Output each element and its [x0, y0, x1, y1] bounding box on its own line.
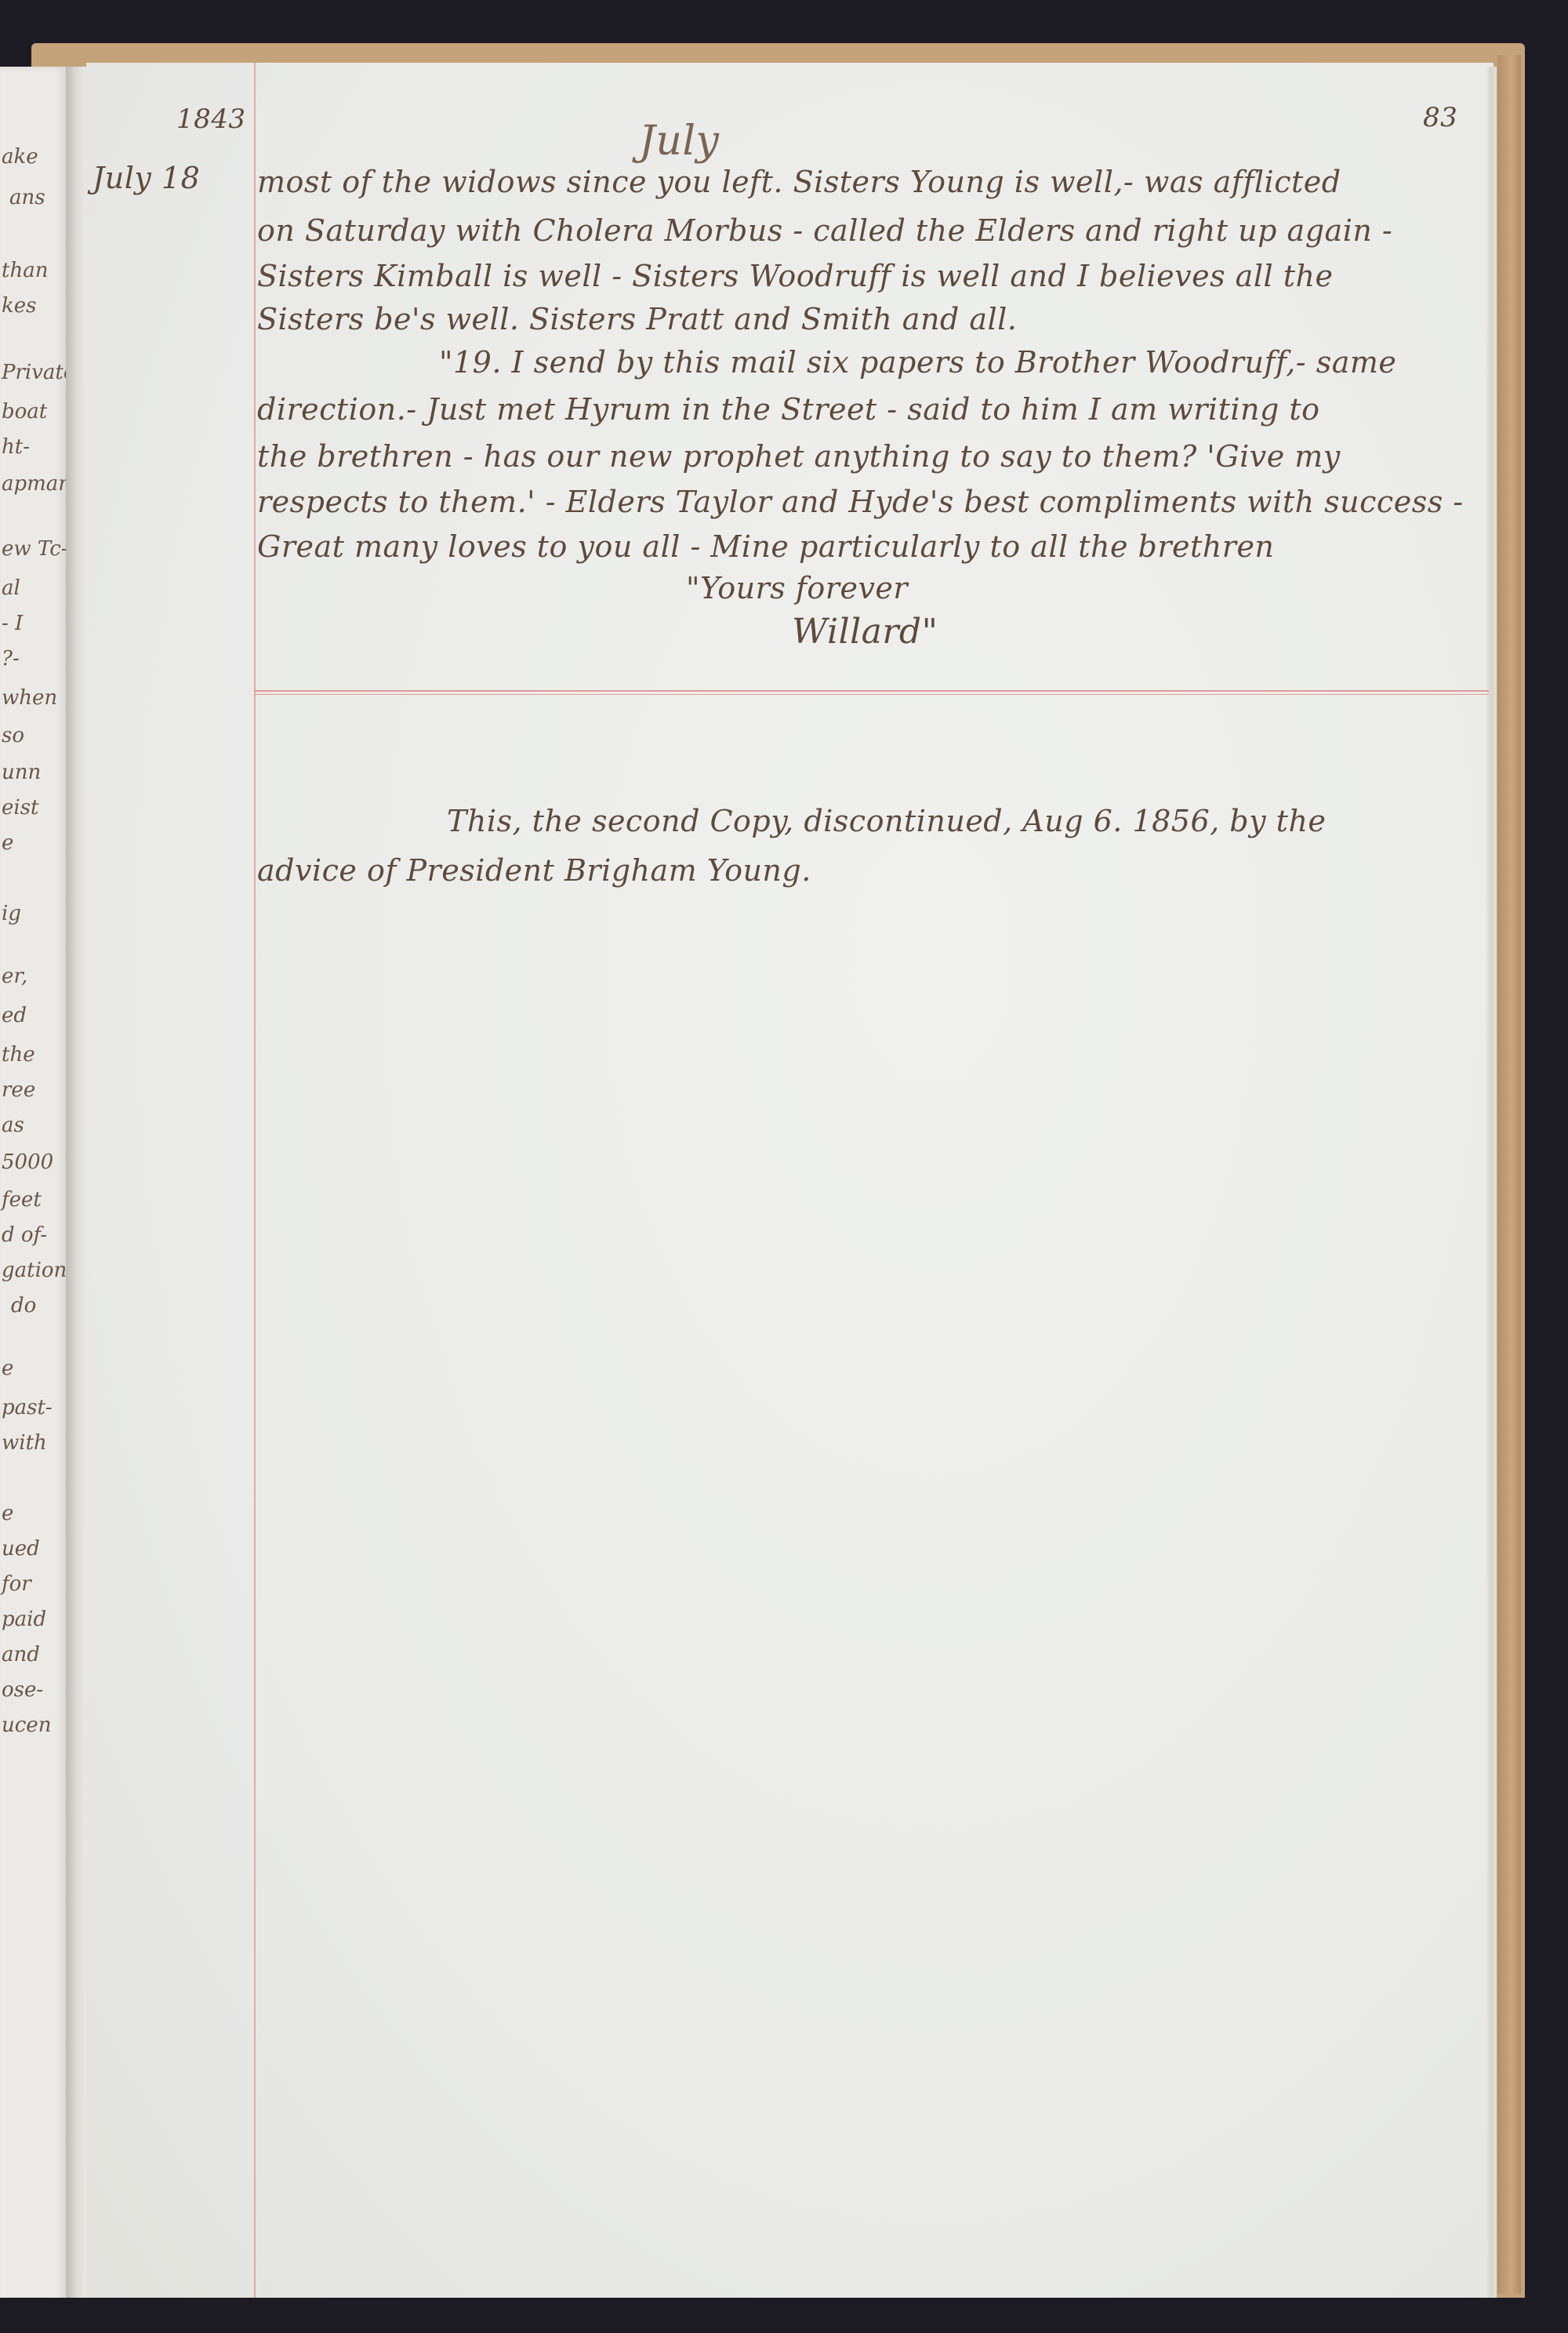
background-base [0, 2298, 1568, 2333]
left-fragment: - I [2, 612, 23, 635]
section-divider-rule-2 [254, 694, 1489, 695]
left-fragment: ed [2, 1004, 27, 1027]
entry-line: direction.- Just met Hyrum in the Street… [257, 392, 1320, 427]
margin-date: July 18 [93, 161, 200, 195]
entry-line: the brethren - has our new prophet anyth… [257, 439, 1341, 474]
entry-line: Sisters be's well. Sisters Pratt and Smi… [257, 302, 1017, 336]
left-fragment: do [11, 1294, 36, 1317]
left-fragment: boat [2, 400, 47, 423]
left-fragment: ?- [2, 647, 20, 670]
left-page-fragment: ake ans than kes Private boat ht- apman … [0, 67, 66, 2309]
left-fragment: feet [2, 1188, 42, 1212]
entry-line: most of the widows since you left. Siste… [257, 165, 1341, 199]
left-fragment: ose- [2, 1678, 43, 1702]
left-fragment: eist [2, 796, 39, 819]
note-line: This, the second Copy, discontinued, Aug… [447, 804, 1326, 838]
left-fragment: Private [2, 361, 75, 384]
left-fragment: and [2, 1643, 40, 1666]
month-header: July [639, 118, 719, 165]
left-fragment: than [2, 259, 48, 282]
left-fragment: ucen [2, 1713, 51, 1737]
left-fragment: ig [2, 902, 21, 925]
left-fragment: e [2, 1357, 13, 1380]
left-fragment: apman [2, 472, 71, 496]
left-fragment: al [2, 576, 20, 600]
page-number: 83 [1423, 102, 1457, 133]
cover-edge [1497, 55, 1521, 2294]
left-fragment: ued [2, 1537, 40, 1561]
left-fragment: past- [2, 1396, 53, 1419]
left-fragment: e [2, 1502, 13, 1525]
left-fragment: d of- [2, 1223, 47, 1247]
left-fragment: ree [2, 1078, 35, 1102]
entry-line: "19. I send by this mail six papers to B… [439, 345, 1396, 380]
left-fragment: e [2, 831, 13, 855]
entry-line: respects to them.' - Elders Taylor and H… [257, 485, 1464, 519]
left-fragment: ht- [2, 435, 30, 459]
page-stack-edge [1486, 67, 1497, 2298]
left-fragment: gation [2, 1259, 67, 1282]
section-divider-rule [254, 690, 1489, 692]
left-fragment: 5000 [2, 1150, 53, 1174]
left-fragment: er, [2, 965, 27, 988]
left-fragment: for [2, 1572, 31, 1596]
left-fragment: paid [2, 1608, 46, 1631]
entry-line: on Saturday with Cholera Morbus - called… [257, 213, 1392, 248]
book-gutter [66, 67, 86, 2309]
left-fragment: so [2, 724, 24, 747]
note-line: advice of President Brigham Young. [257, 853, 811, 888]
left-fragment: ans [9, 186, 45, 209]
left-fragment: kes [2, 294, 36, 318]
left-fragment: ake [2, 145, 38, 169]
margin-rule-line [254, 63, 256, 2298]
left-fragment: the [2, 1043, 35, 1067]
closing: "Yours forever [686, 571, 908, 605]
left-fragment: when [2, 686, 57, 710]
entry-line: Sisters Kimball is well - Sisters Woodru… [257, 259, 1333, 293]
left-fragment: as [2, 1114, 24, 1137]
left-fragment: ew Tc- [2, 537, 68, 561]
left-fragment: unn [2, 761, 41, 784]
entry-line: Great many loves to you all - Mine parti… [257, 529, 1274, 564]
year-header: 1843 [176, 104, 246, 135]
left-fragment: with [2, 1431, 47, 1455]
signature: Willard" [792, 612, 938, 652]
